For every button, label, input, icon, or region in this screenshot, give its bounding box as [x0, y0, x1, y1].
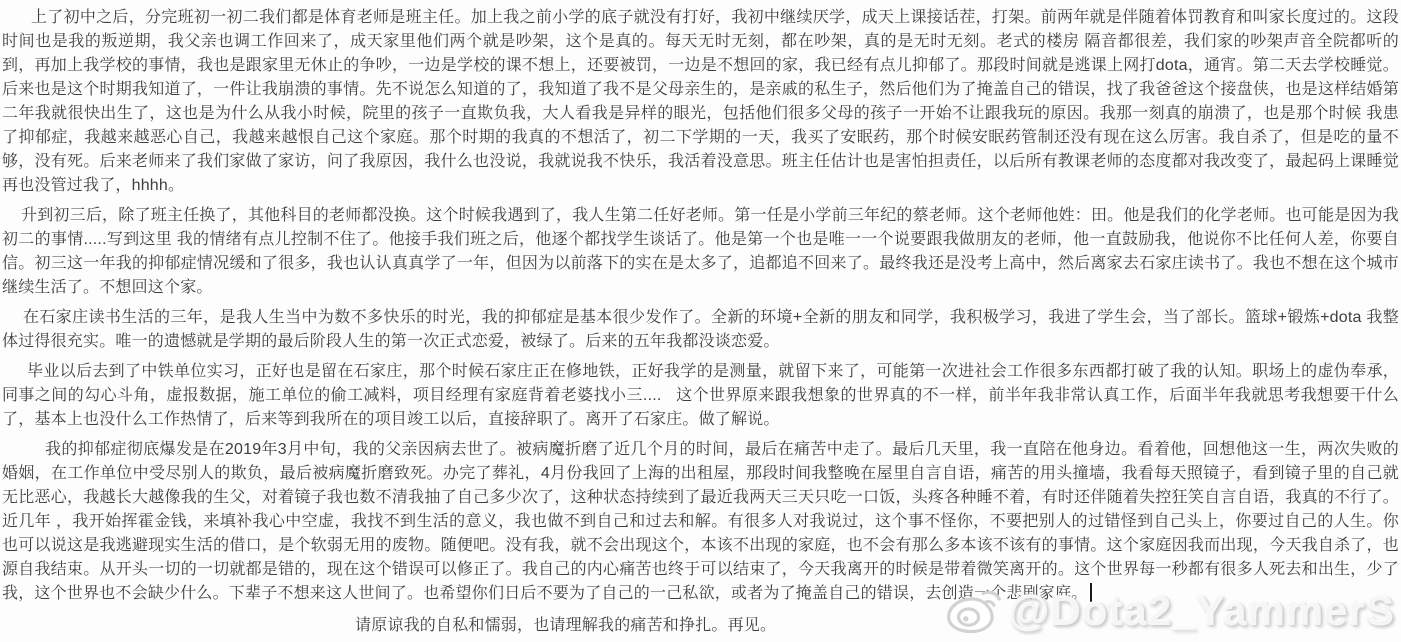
paragraph-1-text: 上了初中之后，分完班初一初二我们都是体育老师是班主任。加上我之前小学的底子就没有…	[2, 9, 1399, 194]
weibo-icon	[945, 579, 1003, 642]
farewell-line: 请原谅我的自私和懦弱，也请理解我的痛苦和挣扎。再见。	[355, 614, 776, 638]
paragraph-4-text: 毕业以后去到了中铁单位实习，正好也是留在石家庄，那个时候石家庄正在修地铁，正好我…	[2, 363, 1399, 428]
paragraph-5-text: 我的抑郁症彻底爆发是在2019年3月中旬，我的父亲因病去世了。被病魔折磨了近几个…	[2, 441, 1399, 602]
paragraph-3-text: 在石家庄读书生活的三年，是我人生当中为数不多快乐的时光，我的抑郁症是基本很少发作…	[2, 309, 1399, 350]
screenshot-page: 上了初中之后，分完班初一初二我们都是体育老师是班主任。加上我之前小学的底子就没有…	[0, 0, 1401, 642]
weibo-watermark: @Dota2_YammerS	[945, 579, 1395, 642]
paragraph-3: 在石家庄读书生活的三年，是我人生当中为数不多快乐的时光，我的抑郁症是基本很少发作…	[2, 306, 1399, 354]
watermark-handle: @Dota2_YammerS	[1009, 587, 1395, 635]
paragraph-4: 毕业以后去到了中铁单位实习，正好也是留在石家庄，那个时候石家庄正在修地铁，正好我…	[2, 360, 1399, 432]
paragraph-2: 升到初三后，除了班主任换了，其他科目的老师都没换。这个时候我遇到了，我人生第二任…	[2, 204, 1399, 300]
paragraph-2-text: 升到初三后，除了班主任换了，其他科目的老师都没换。这个时候我遇到了，我人生第二任…	[2, 207, 1399, 296]
paragraph-1: 上了初中之后，分完班初一初二我们都是体育老师是班主任。加上我之前小学的底子就没有…	[2, 6, 1399, 198]
document-text-area[interactable]: 上了初中之后，分完班初一初二我们都是体育老师是班主任。加上我之前小学的底子就没有…	[2, 6, 1399, 612]
